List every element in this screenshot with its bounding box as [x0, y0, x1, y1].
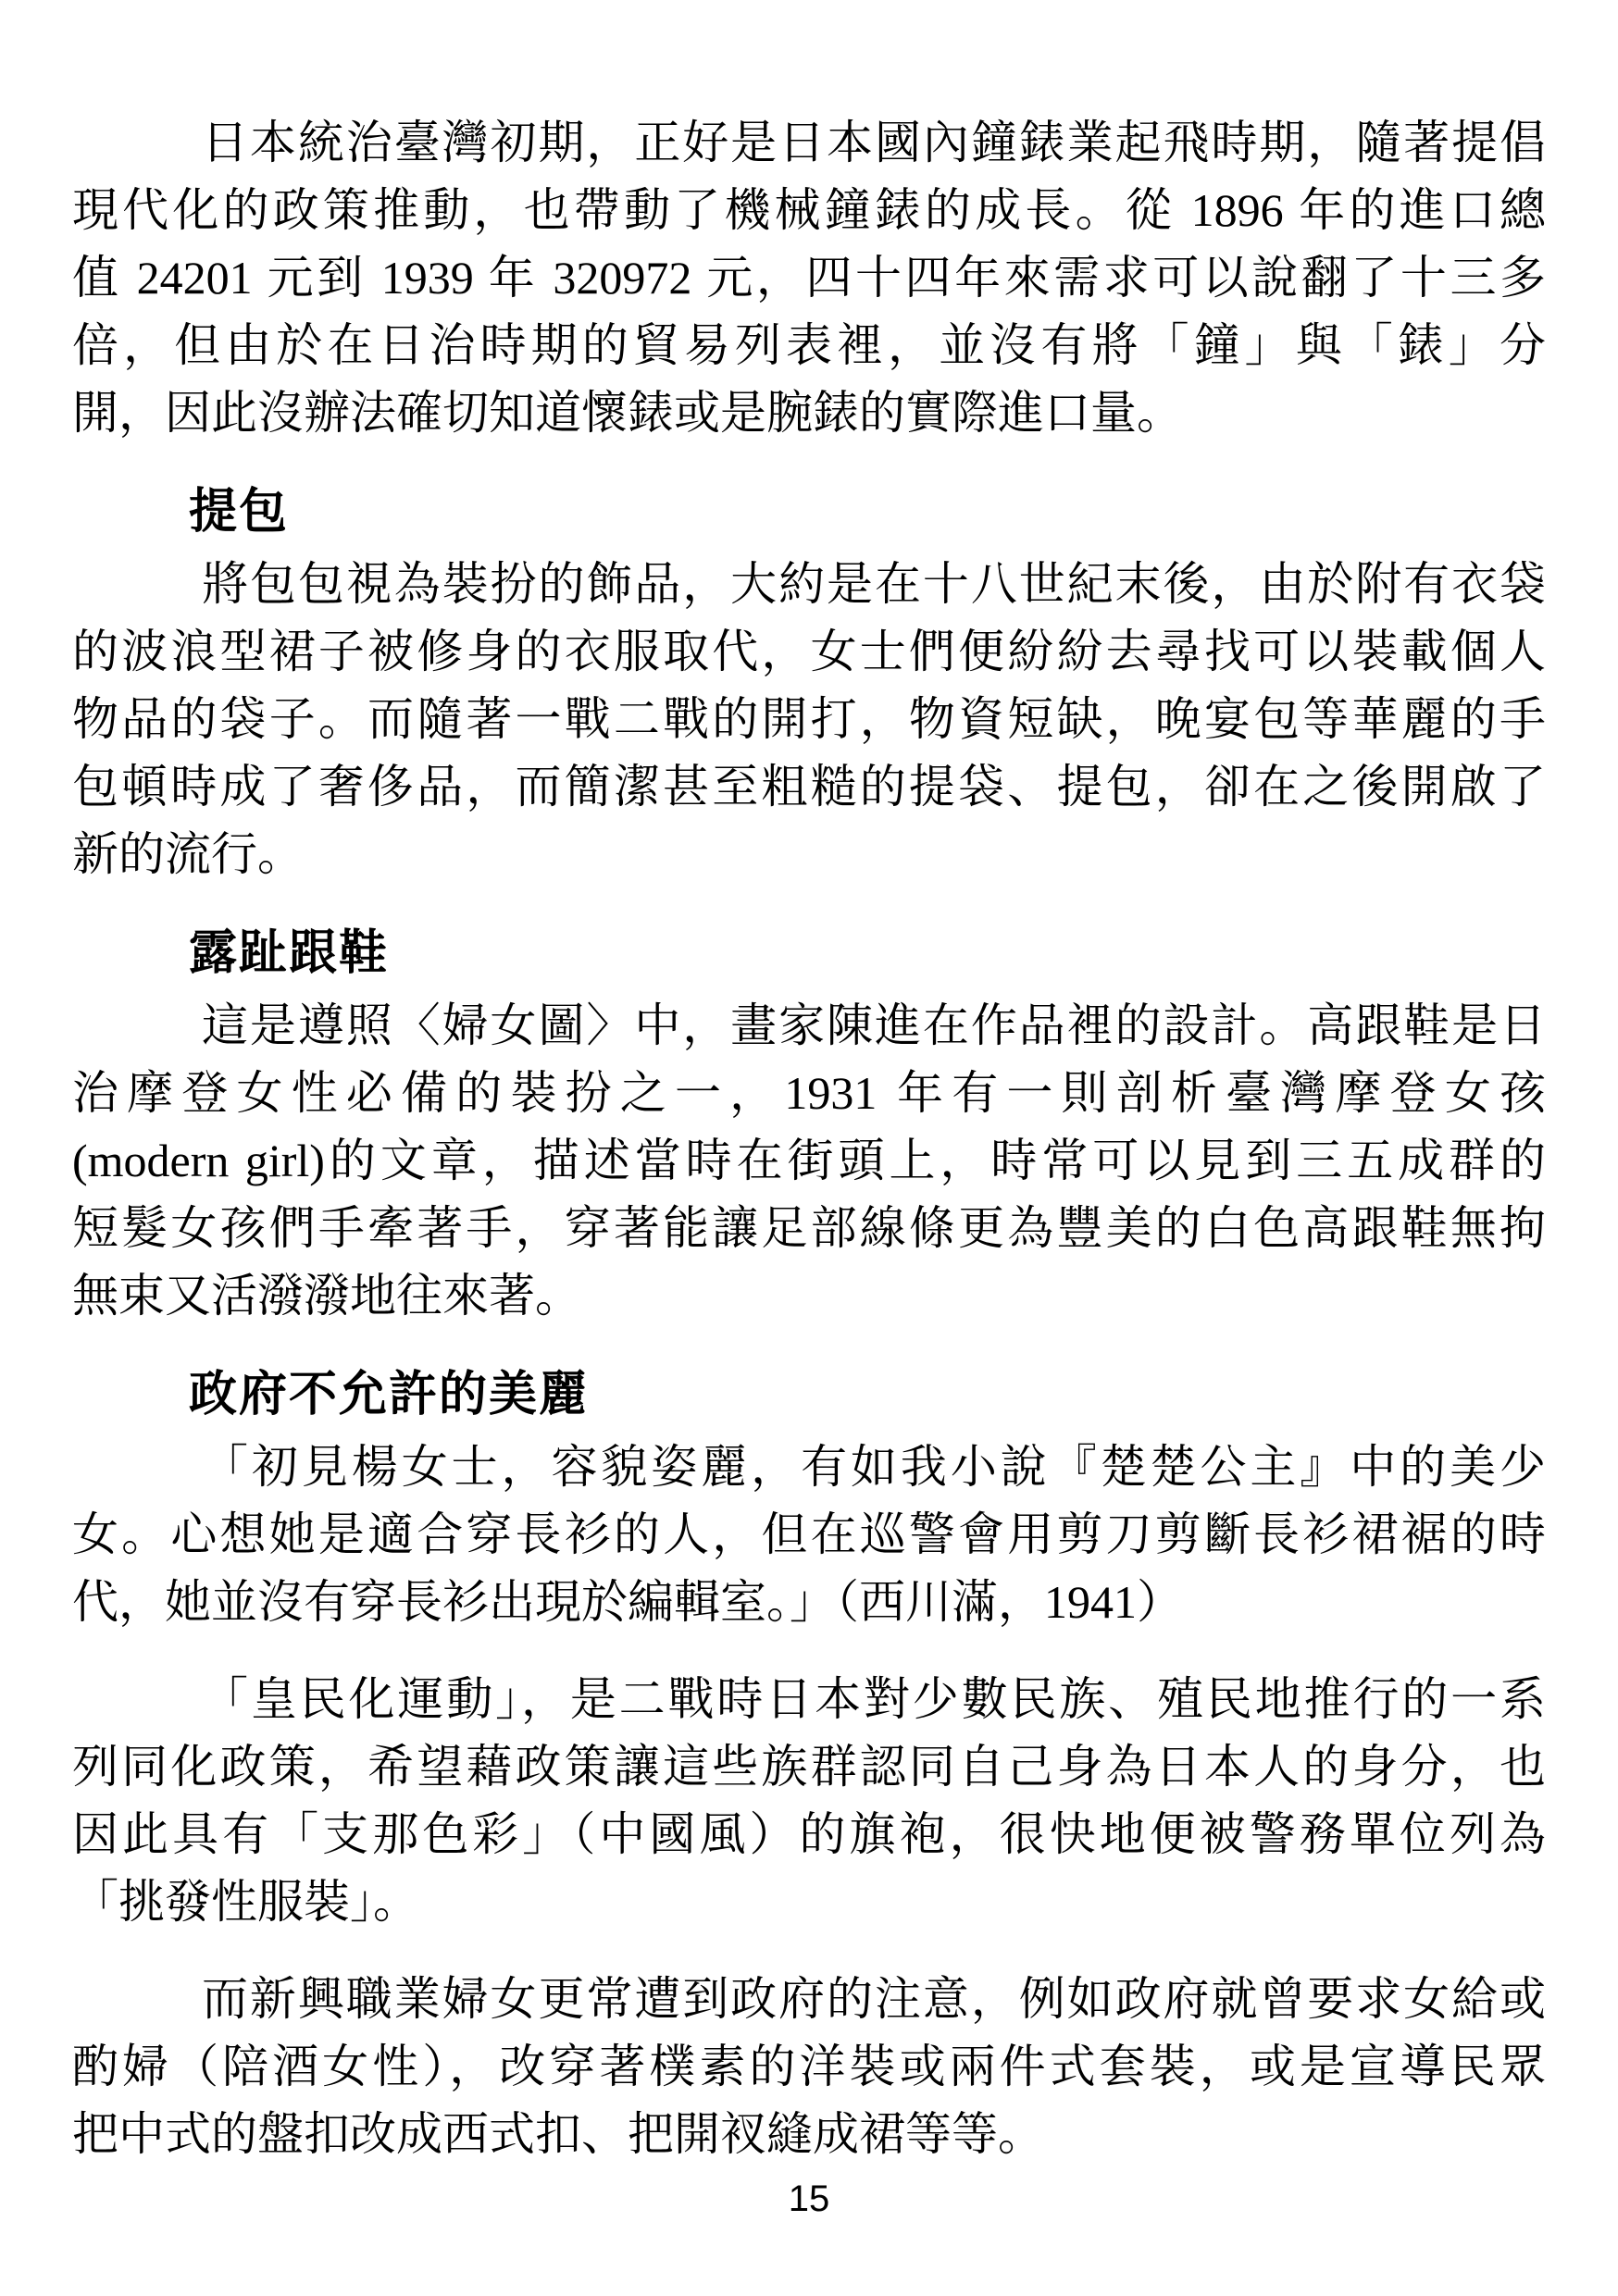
text-line: 物品的袋子。而隨著一戰二戰的開打，物資短缺，晚宴包等華麗的手: [72, 686, 1546, 753]
para-clocks-watches: 日本統治臺灣初期，正好是日本國內鐘錶業起飛時期，隨著提倡現代化的政策推動，也帶動…: [72, 109, 1546, 447]
page-number: 15: [789, 2178, 830, 2219]
page-footer: 15: [0, 2177, 1618, 2221]
text-line: 把中式的盤扣改成西式扣、把開衩縫成裙等等。: [72, 2101, 1546, 2168]
para-working-women: 而新興職業婦女更常遭到政府的注意，例如政府就曾要求女給或酌婦（陪酒女性），改穿著…: [72, 1966, 1546, 2168]
para-handbags: 將包包視為裝扮的飾品，大約是在十八世紀末後，由於附有衣袋的波浪型裙子被修身的衣服…: [72, 551, 1546, 888]
text-line: 值 24201 元到 1939 年 320972 元，四十四年來需求可以說翻了十…: [72, 244, 1546, 312]
text-line: 代，她並沒有穿長衫出現於編輯室。」（西川滿，1941）: [72, 1569, 1546, 1636]
text-line: 倍，但由於在日治時期的貿易列表裡，並沒有將「鐘」與「錶」分: [72, 312, 1546, 379]
text-line: 而新興職業婦女更常遭到政府的注意，例如政府就曾要求女給或: [72, 1966, 1546, 2033]
document-page: 日本統治臺灣初期，正好是日本國內鐘錶業起飛時期，隨著提倡現代化的政策推動，也帶動…: [0, 0, 1618, 2296]
text-line: 列同化政策，希望藉政策讓這些族群認同自己身為日本人的身分，也: [72, 1733, 1546, 1801]
text-line: 「皇民化運動」，是二戰時日本對少數民族、殖民地推行的一系: [72, 1666, 1546, 1733]
text-line: (modern girl)的文章，描述當時在街頭上，時常可以見到三五成群的: [72, 1127, 1546, 1195]
para-open-toe-heels: 這是遵照〈婦女圖〉中，畫家陳進在作品裡的設計。高跟鞋是日治摩登女性必備的裝扮之一…: [72, 992, 1546, 1330]
heading-handbags: 提包: [189, 477, 1546, 549]
text-line: 治摩登女性必備的裝扮之一，1931 年有一則剖析臺灣摩登女孩: [72, 1060, 1546, 1127]
text-line: 包頓時成了奢侈品，而簡潔甚至粗糙的提袋、提包，卻在之後開啟了: [72, 753, 1546, 821]
text-line: 「挑發性服裝」。: [72, 1868, 1546, 1936]
text-line: 這是遵照〈婦女圖〉中，畫家陳進在作品裡的設計。高跟鞋是日: [72, 992, 1546, 1060]
heading-beauty-not-allowed: 政府不允許的美麗: [189, 1359, 1546, 1432]
document-content: 日本統治臺灣初期，正好是日本國內鐘錶業起飛時期，隨著提倡現代化的政策推動，也帶動…: [72, 109, 1546, 2168]
text-line: 女。心想她是適合穿長衫的人，但在巡警會用剪刀剪斷長衫裙裾的時: [72, 1501, 1546, 1569]
heading-open-toe-heels: 露趾跟鞋: [189, 918, 1546, 990]
text-line: 新的流行。: [72, 821, 1546, 888]
para-kominka-movement: 「皇民化運動」，是二戰時日本對少數民族、殖民地推行的一系列同化政策，希望藉政策讓…: [72, 1666, 1546, 1936]
text-line: 「初見楊女士，容貌姿麗，有如我小說『楚楚公主』中的美少: [72, 1433, 1546, 1501]
text-line: 現代化的政策推動，也帶動了機械鐘錶的成長。從 1896 年的進口總: [72, 177, 1546, 244]
text-line: 將包包視為裝扮的飾品，大約是在十八世紀末後，由於附有衣袋: [72, 551, 1546, 618]
text-line: 短髮女孩們手牽著手，穿著能讓足部線條更為豐美的白色高跟鞋無拘: [72, 1195, 1546, 1262]
text-line: 的波浪型裙子被修身的衣服取代，女士們便紛紛去尋找可以裝載個人: [72, 618, 1546, 686]
text-line: 日本統治臺灣初期，正好是日本國內鐘錶業起飛時期，隨著提倡: [72, 109, 1546, 177]
text-line: 酌婦（陪酒女性），改穿著樸素的洋裝或兩件式套裝，或是宣導民眾: [72, 2033, 1546, 2101]
text-line: 無束又活潑潑地往來著。: [72, 1262, 1546, 1330]
text-line: 因此具有「支那色彩」（中國風）的旗袍，很快地便被警務單位列為: [72, 1801, 1546, 1868]
para-quote-nishikawa: 「初見楊女士，容貌姿麗，有如我小說『楚楚公主』中的美少女。心想她是適合穿長衫的人…: [72, 1433, 1546, 1636]
text-line: 開，因此沒辦法確切知道懷錶或是腕錶的實際進口量。: [72, 379, 1546, 447]
